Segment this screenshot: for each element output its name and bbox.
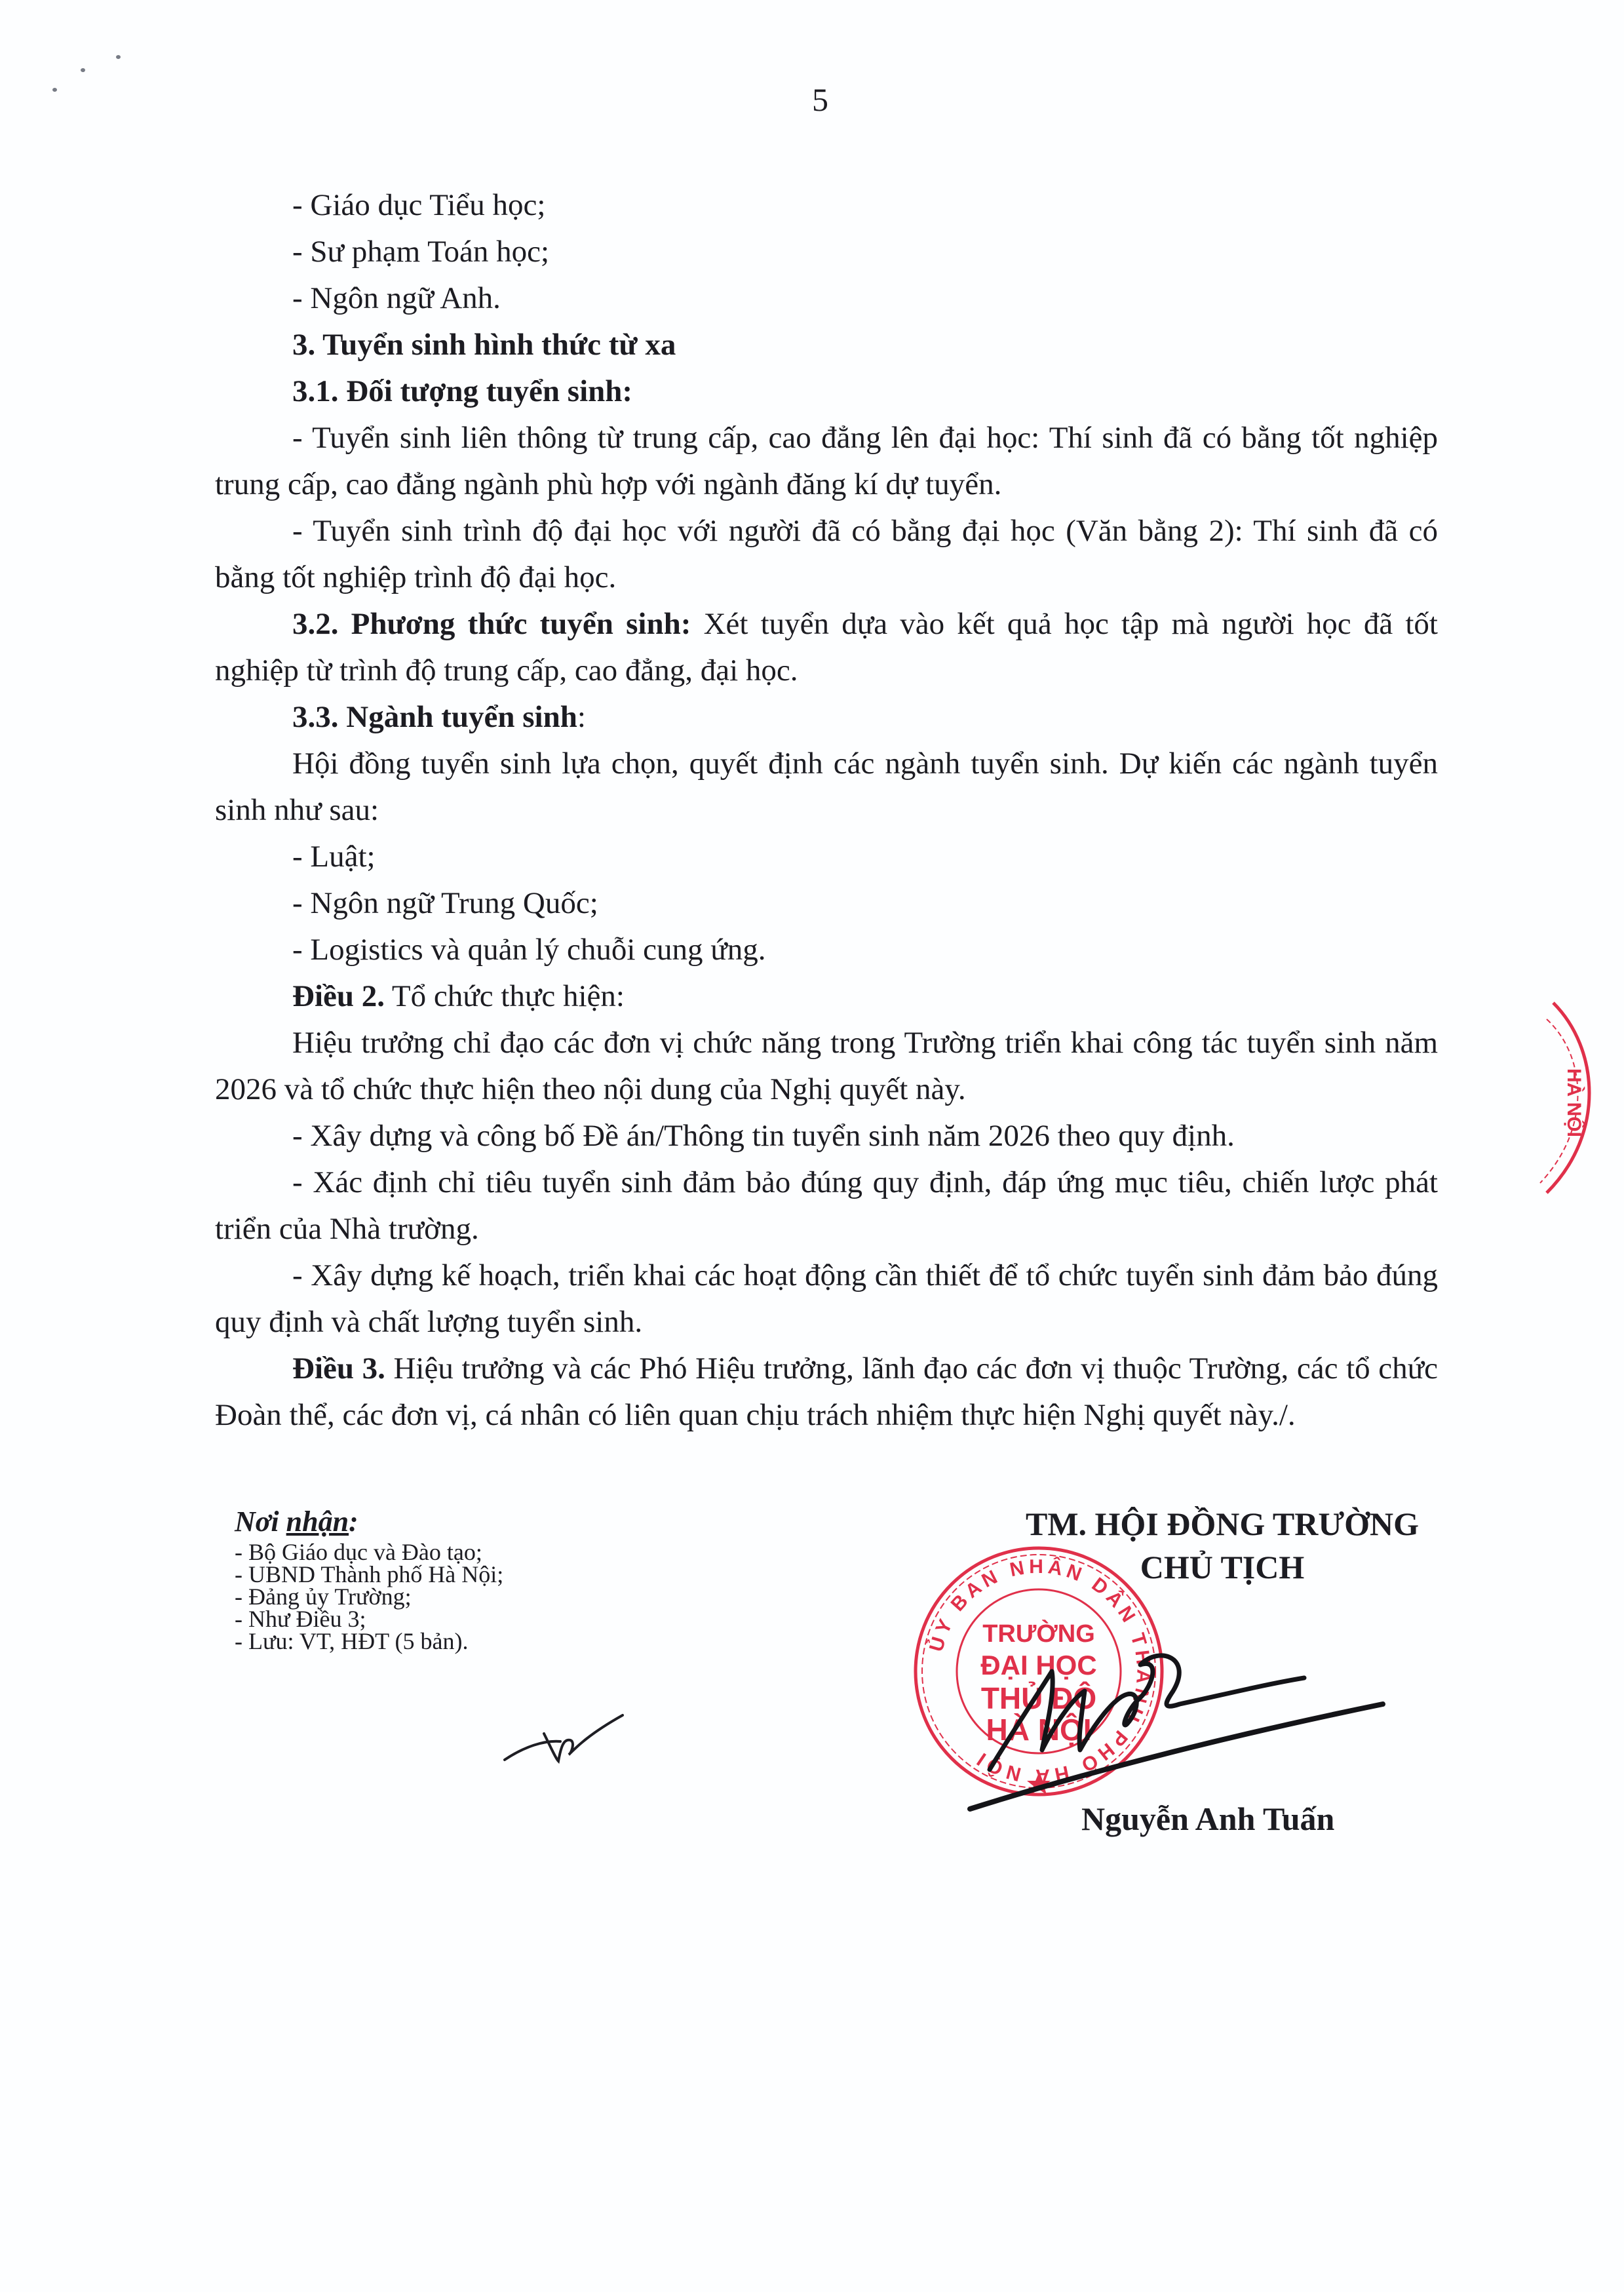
article-text: Hiệu trưởng và các Phó Hiệu trưởng, lãnh… (215, 1351, 1438, 1432)
signer-name: Nguyễn Anh Tuấn (1081, 1799, 1334, 1838)
subsection-heading: 3.2. Phương thức tuyển sinh: (292, 607, 691, 641)
seal-fragment-icon: HÀ NỘI (1527, 983, 1624, 1206)
list-item: - Logistics và quản lý chuỗi cung ứng. (215, 927, 1438, 973)
list-item: - Xây dựng kế hoạch, triển khai các hoạt… (215, 1253, 1438, 1346)
subsection-heading-text: 3.3. Ngành tuyển sinh (292, 700, 577, 734)
recipient-item: - Như Điều 3; (235, 1608, 503, 1630)
handwritten-signature-icon (963, 1619, 1409, 1816)
recipient-item: - Đảng ủy Trường; (235, 1585, 503, 1608)
recipients-block: Nơi nhận: - Bộ Giáo dục và Đào tạo; - UB… (235, 1504, 503, 1652)
list-item: - Xác định chỉ tiêu tuyển sinh đảm bảo đ… (215, 1159, 1438, 1253)
recipients-heading-part: Nơi (235, 1505, 286, 1538)
signature-title-line1: TM. HỘI ĐỒNG TRƯỜNG (983, 1502, 1461, 1545)
list-item: - Ngôn ngữ Trung Quốc; (215, 880, 1438, 927)
scan-speck (116, 55, 121, 59)
paragraph: 3.2. Phương thức tuyển sinh: Xét tuyển d… (215, 601, 1438, 694)
list-item: - Luật; (215, 834, 1438, 880)
svg-text:HÀ NỘI: HÀ NỘI (1563, 1068, 1585, 1137)
list-item: - Giáo dục Tiểu học; (215, 182, 1438, 229)
paragraph: Điều 3. Hiệu trưởng và các Phó Hiệu trưở… (215, 1346, 1438, 1439)
paragraph: - Tuyển sinh trình độ đại học với người … (215, 508, 1438, 601)
scan-speck (52, 88, 57, 92)
paragraph: Hội đồng tuyển sinh lựa chọn, quyết định… (215, 741, 1438, 834)
paragraph: Hiệu trưởng chỉ đạo các đơn vị chức năng… (215, 1020, 1438, 1113)
recipient-item: - Bộ Giáo dục và Đào tạo; (235, 1541, 503, 1563)
subsection-heading: 3.1. Đối tượng tuyển sinh: (215, 368, 1438, 415)
article-heading: Điều 2. Tổ chức thực hiện: (215, 973, 1438, 1020)
recipients-heading-part: nhận (286, 1505, 349, 1538)
paragraph: - Tuyển sinh liên thông từ trung cấp, ca… (215, 415, 1438, 508)
scan-speck (81, 68, 85, 72)
article-label: Điều 3. (292, 1351, 385, 1386)
list-item: - Ngôn ngữ Anh. (215, 275, 1438, 322)
colon: : (577, 700, 586, 734)
article-label: Điều 2. (292, 979, 385, 1013)
list-item: - Sư phạm Toán học; (215, 229, 1438, 275)
article-title: Tổ chức thực hiện: (385, 979, 625, 1013)
resolution-body: - Giáo dục Tiểu học; - Sư phạm Toán học;… (215, 182, 1438, 1439)
initial-signature-icon (498, 1707, 629, 1766)
recipient-item: - Lưu: VT, HĐT (5 bản). (235, 1630, 503, 1652)
section-heading: 3. Tuyển sinh hình thức từ xa (215, 322, 1438, 368)
recipients-heading-part: : (349, 1505, 358, 1538)
subsection-heading: 3.3. Ngành tuyển sinh: (215, 694, 1438, 741)
recipients-heading: Nơi nhận: (235, 1504, 503, 1540)
page-number: 5 (812, 80, 828, 119)
recipient-item: - UBND Thành phố Hà Nội; (235, 1563, 503, 1585)
list-item: - Xây dựng và công bố Đề án/Thông tin tu… (215, 1113, 1438, 1159)
document-page: 5 - Giáo dục Tiểu học; - Sư phạm Toán họ… (0, 0, 1624, 2292)
